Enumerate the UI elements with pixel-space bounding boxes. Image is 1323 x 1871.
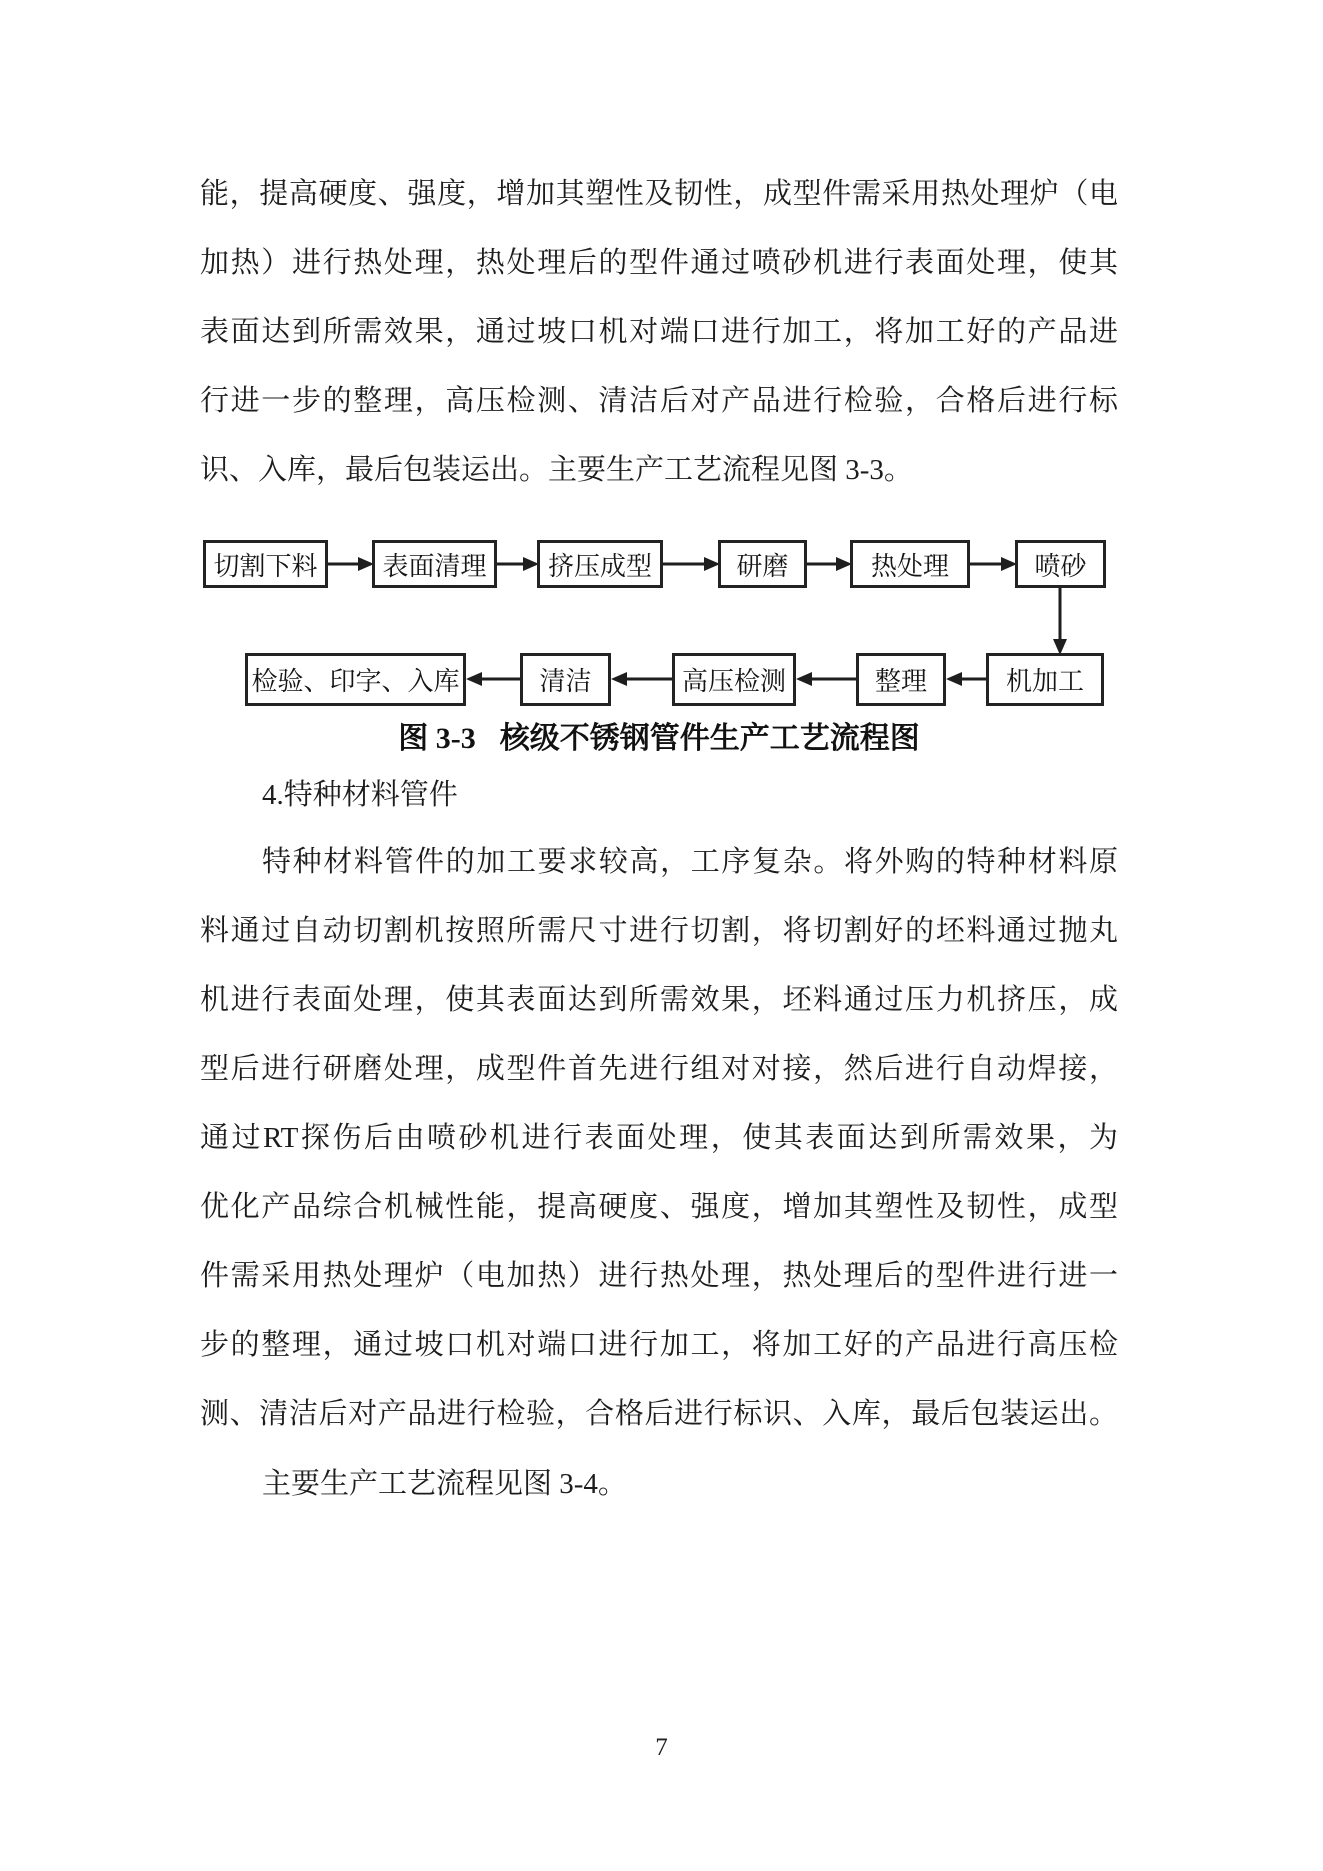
flow-step-cleaning: 清洁 bbox=[520, 653, 611, 706]
paragraph-2-line: 件需采用热处理炉（电加热）进行热处理，热处理后的型件进行进一 bbox=[200, 1242, 1118, 1311]
paragraph-2-line: 型后进行研磨处理，成型件首先进行组对对接，然后进行自动焊接， bbox=[200, 1035, 1118, 1104]
paragraph-2-line: 步的整理，通过坡口机对端口进行加工，将加工好的产品进行高压检 bbox=[200, 1311, 1118, 1380]
flow-step-extrusion: 挤压成型 bbox=[537, 540, 663, 588]
paragraph-2-line: 通过RT探伤后由喷砂机进行表面处理，使其表面达到所需效果，为 bbox=[200, 1104, 1118, 1173]
document-page: 能，提高硬度、强度，增加其塑性及韧性，成型件需采用热处理炉（电 加热）进行热处理… bbox=[0, 0, 1323, 1871]
paragraph-1: 能，提高硬度、强度，增加其塑性及韧性，成型件需采用热处理炉（电 加热）进行热处理… bbox=[200, 160, 1118, 505]
flow-step-surface-clean: 表面清理 bbox=[372, 540, 497, 588]
section-heading-4: 4.特种材料管件 bbox=[262, 777, 458, 813]
page-number: 7 bbox=[0, 1733, 1323, 1763]
paragraph-3: 主要生产工艺流程见图 3-4。 bbox=[200, 1450, 1118, 1519]
figure-caption-title: 核级不锈钢管件生产工艺流程图 bbox=[500, 722, 920, 755]
paragraph-1-line: 表面达到所需效果，通过坡口机对端口进行加工，将加工好的产品进 bbox=[200, 298, 1118, 367]
paragraph-1-line: 行进一步的整理，高压检测、清洁后对产品进行检验，合格后进行标 bbox=[200, 367, 1118, 436]
paragraph-2-line: 优化产品综合机械性能，提高硬度、强度，增加其塑性及韧性，成型 bbox=[200, 1173, 1118, 1242]
figure-caption: 图 3-3核级不锈钢管件生产工艺流程图 bbox=[200, 719, 1118, 759]
paragraph-1-line: 能，提高硬度、强度，增加其塑性及韧性，成型件需采用热处理炉（电 bbox=[200, 160, 1118, 229]
flow-step-pressure-test: 高压检测 bbox=[672, 653, 796, 706]
flow-step-grinding: 研磨 bbox=[718, 540, 807, 588]
paragraph-2: 特种材料管件的加工要求较高，工序复杂。将外购的特种材料原 料通过自动切割机按照所… bbox=[200, 828, 1118, 1449]
flowchart-figure-3-3: 切割下料 表面清理 挤压成型 研磨 热处理 喷砂 检验、印字、入库 清洁 高压检… bbox=[200, 535, 1118, 720]
flow-step-machining: 机加工 bbox=[986, 653, 1104, 706]
paragraph-2-line: 料通过自动切割机按照所需尺寸进行切割，将切割好的坯料通过抛丸 bbox=[200, 897, 1118, 966]
flow-step-sandblast: 喷砂 bbox=[1015, 540, 1106, 588]
flow-step-cutting: 切割下料 bbox=[203, 540, 328, 588]
paragraph-2-line: 测、清洁后对产品进行检验，合格后进行标识、入库，最后包装运出。 bbox=[200, 1380, 1118, 1449]
paragraph-3-line: 主要生产工艺流程见图 3-4。 bbox=[200, 1450, 1118, 1519]
flow-step-finishing: 整理 bbox=[856, 653, 946, 706]
flow-step-heat-treat: 热处理 bbox=[850, 540, 970, 588]
flow-step-inspect-mark-store: 检验、印字、入库 bbox=[245, 653, 466, 706]
paragraph-2-line: 机进行表面处理，使其表面达到所需效果，坯料通过压力机挤压，成 bbox=[200, 966, 1118, 1035]
paragraph-1-line: 识、入库，最后包装运出。主要生产工艺流程见图 3-3。 bbox=[200, 436, 1118, 505]
figure-caption-label: 图 3-3 bbox=[398, 722, 476, 755]
paragraph-2-line: 特种材料管件的加工要求较高，工序复杂。将外购的特种材料原 bbox=[200, 828, 1118, 897]
paragraph-1-line: 加热）进行热处理，热处理后的型件通过喷砂机进行表面处理，使其 bbox=[200, 229, 1118, 298]
